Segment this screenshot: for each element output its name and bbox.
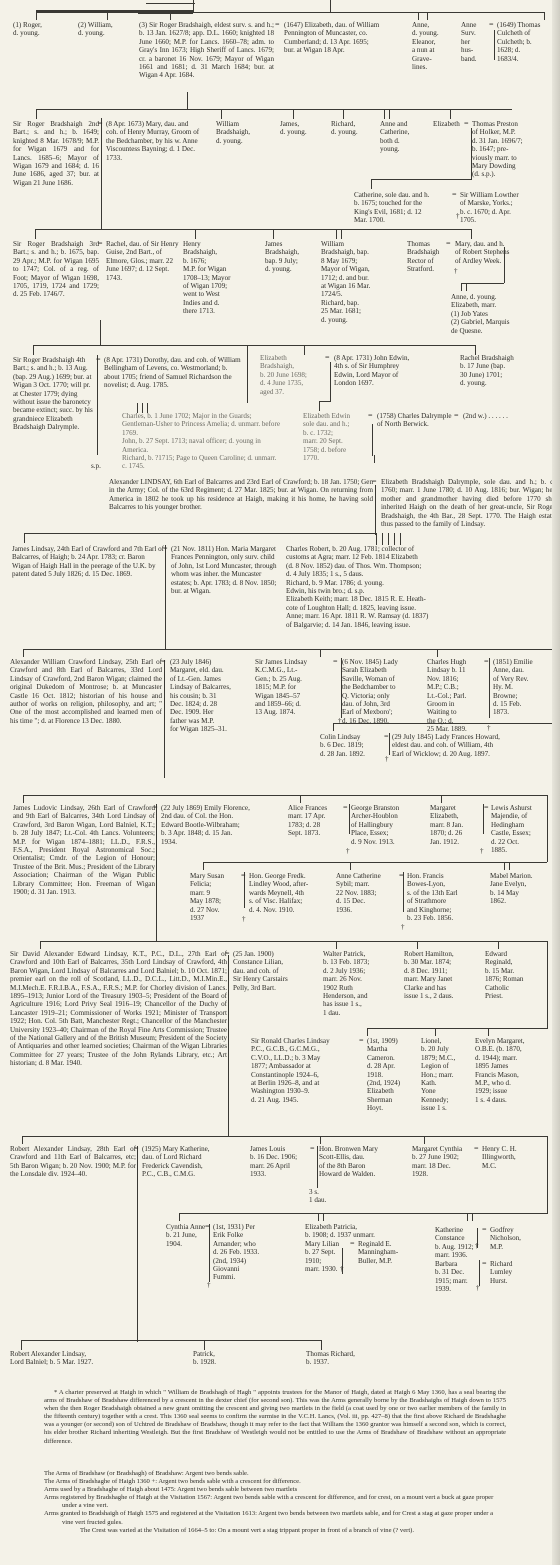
gen2-drop-anne-cath-a [384, 109, 385, 119]
person-james: James, d. young. [280, 120, 330, 137]
gen4-box-right [247, 345, 248, 403]
gen10-lower-drop-elizabeth-a [318, 1213, 319, 1221]
gen6-sibling-drops [376, 533, 377, 545]
marriage-sign: = [482, 1260, 487, 1268]
dagger-extinct: † [242, 916, 246, 923]
spouse-george-wood: Hon. George Fredk. Lindley Wood, after- … [249, 872, 339, 914]
marriage-drop-sir-roger-4 [97, 355, 98, 455]
person-margaret-elizabeth: Margaret Elizabeth, marr. 8 Jan. 1870; d… [430, 804, 490, 846]
marriage-drop-gen3 [100, 320, 101, 346]
gen8-drop-margaret [441, 795, 442, 803]
arms-bradshaghe-1360: The Arms of Bradshaghe of Haigh 1360 +: … [44, 1478, 506, 1486]
gen11-drop-thomas [321, 1340, 322, 1350]
person-edward-reginald: Edward Reginald, b. 15 Mar. 1876; Roman … [485, 950, 555, 1000]
gen9-drop-edward [498, 941, 499, 949]
person-sir-james-lindsay: Sir James Lindsay K.C.M.G., Lt.- Gen.; b… [255, 658, 337, 717]
catherine-drop [371, 179, 372, 189]
person-margaret-cynthia: Margaret Cynthia b. 27 June 1902; marr. … [412, 1145, 482, 1179]
spouse-constance-pelly: (25 Jan. 1900) Constance Lilian, dau. an… [233, 950, 317, 992]
gen3-drop-sir-roger [35, 229, 36, 239]
person-brothers-charles-john-richard: Charles, b. 1 June 1702; Major in the Gu… [122, 412, 282, 471]
pedigree-page: (1) Roger, d. young. (2) William, d. you… [0, 0, 560, 1565]
proper-gen1-right [138, 13, 193, 14]
gen4-drop-sir-roger [33, 345, 34, 355]
marriage-line-gen5 [375, 485, 376, 535]
marriage-sign: = [275, 21, 280, 29]
dagger-extinct: † [454, 268, 458, 275]
gen9-drop-walter [336, 941, 337, 949]
marriage-drop-gen6 [165, 545, 166, 650]
marriage-sign: = [489, 21, 494, 29]
person-james-lindsay-24th-earl: James Lindsay, 24th Earl of Crawford and… [12, 545, 164, 579]
crest-visitation-1664: The Crest was varied at the Visitation o… [44, 1527, 506, 1535]
marriage-line-charles-emilie [489, 658, 490, 718]
arms-bradshaghe-1475: Arms used by a Bradshaghe of Haigh about… [44, 1486, 506, 1494]
spouse-rachel-guise: Rachel, dau. of Sir Henry Guise, 2nd Bar… [106, 240, 182, 282]
marriage-drop-gen1 [187, 92, 188, 110]
edwin-child-bar [319, 401, 330, 402]
person-alice-frances: Alice Frances marr. 17 Apr. 1783; d. 28 … [288, 804, 348, 838]
gen9-drop-david [40, 941, 41, 949]
gen2-drop-anne-cath-b [389, 109, 390, 119]
person-anne-culcheth: Anne Surv. her hus- band. [461, 21, 491, 63]
marriage-sign: = [359, 1037, 364, 1045]
gen6-drop-james [24, 533, 25, 543]
marriage-drop-gen2 [101, 118, 102, 230]
spouse-george-archer-houblon: George Branston Archer-Houblon of Hallin… [351, 804, 431, 846]
dagger-extinct: † [338, 718, 342, 725]
spouse-mary-murray: (8 Apr. 1673) Mary, dau. and coh. of Hen… [106, 120, 202, 162]
colin-drop [333, 723, 334, 731]
gen7-drop-alexander [23, 649, 24, 657]
gen6-sibling-drop-2 [382, 533, 383, 545]
gen9-drop-robert [417, 941, 418, 949]
gen8-bar [23, 795, 547, 796]
marriage-drop-gen9 [228, 955, 229, 1137]
marriage-sign: = [482, 1226, 487, 1234]
marriage-sign: = [163, 545, 168, 553]
person-siblings-charles-robert-etc: Charles Robert, b. 20 Aug. 1781; collect… [286, 545, 556, 629]
gen2-drop-james [293, 109, 294, 119]
dagger-extinct: † [475, 1243, 479, 1250]
person-patrick: Patrick, b. 1928. [193, 1350, 253, 1367]
gen3-drop-william-a [336, 229, 337, 239]
marriage-sign: = [384, 733, 389, 741]
gen2-drop-elizabeth [450, 109, 451, 119]
gen10-lower-drop-katherine-a [467, 1213, 468, 1221]
person-henry-bradshaigh: Henry Bradshaigh, b. 1676; M.P. for Wiga… [183, 240, 258, 316]
dagger-extinct: † [487, 725, 491, 732]
issue-james-louis: 3 s. 1 dau. [309, 1188, 349, 1205]
person-anne-catherine-sybil: Anne Catherine Sybil; marr. 22 Nov. 1883… [336, 872, 400, 914]
marriage-drop-dalrymple [372, 424, 373, 456]
spouse-godfrey-nicholson: Godfrey Nicholson, M.P. [490, 1226, 555, 1251]
k-g1-up [193, 0, 194, 12]
spouse-thomas-preston: Thomas Preston of Holker, M.P. d. 31 Jan… [472, 120, 560, 179]
person-james-ludovic-26th-earl: James Ludovic Lindsay, 26th Earl of Craw… [13, 804, 155, 896]
gen3-drop-james [273, 229, 274, 239]
person-elizabeth-bradshaigh: Elizabeth Bradshaigh, b. 20 June 1698; d… [260, 354, 322, 396]
gen3-drop-henry [195, 229, 196, 239]
sine-prole: s.p. [91, 462, 111, 470]
gen1-bar-clean-r [146, 3, 193, 4]
dagger-extinct: † [385, 756, 389, 763]
gen10-drop-james [320, 1136, 321, 1144]
marriage-drop-edwin [330, 362, 331, 402]
thomas-child-a [461, 283, 462, 291]
marriage-line-james-bronwen [317, 1146, 318, 1188]
gen8-lower-drop-mary [203, 862, 204, 870]
dagger-extinct: † [346, 848, 350, 855]
spouse-lewis-majendie: Lewis Ashurst Majendie, of Hedingham Cas… [491, 804, 553, 854]
gen10-lower-bar [179, 1213, 547, 1214]
person-sir-ronald-lindsay: Sir Ronald Charles Lindsay P.C., G.C.B.,… [251, 1037, 351, 1104]
gen9-bar [40, 941, 547, 942]
person-lionel: Lionel, b. 20 July 1879; M.C., Legion of… [421, 1037, 481, 1113]
marriage-sign: = [484, 804, 489, 812]
gen10-lower-drop-katherine-b [472, 1213, 473, 1221]
person-sir-roger-1st-bart: (3) Sir Roger Bradshaigh, eldest surv. s… [139, 21, 274, 80]
person-roger: (1) Roger, d. young. [13, 21, 73, 38]
gen11-drop-patrick [204, 1340, 205, 1350]
marriage-sign: = [372, 478, 377, 486]
spouse-sir-william-lowther: Sir William Lowther of Marske, Yorks.; b… [460, 191, 560, 225]
marriage-sign: = [368, 412, 373, 420]
gen1-drop-william [107, 12, 108, 20]
gen6-sibling-drop-5 [400, 533, 401, 545]
gen11-drop-robert [21, 1340, 22, 1350]
person-robert-hamilton: Robert Hamilton, b. 30 Mar. 1874; d. 8 D… [404, 950, 484, 1000]
marriage-sign: = [350, 1240, 355, 1248]
spouse-john-edwin: (8 Apr. 1731) John Edwin, 4th s. of Sir … [334, 354, 444, 388]
person-sir-roger-2nd-bart: Sir Roger Bradshaigh 2nd Bart.; s. and h… [13, 120, 99, 187]
marriage-sign: = [96, 356, 101, 364]
gen3-bar [35, 229, 472, 230]
gen8-drop-james [23, 795, 24, 803]
thomas-children-bar [461, 283, 504, 284]
person-walter-patrick: Walter Patrick, b. 13 Feb. 1873; d. 2 Ju… [323, 950, 398, 1017]
person-sir-roger-3rd-bart: Sir Roger Bradshaigh 3rd Bart.; s. and h… [13, 240, 99, 299]
gen2-bar [36, 109, 512, 110]
person-william: (2) William, d. young. [78, 21, 138, 38]
person-william-bradshaigh: William Bradshaigh, d. young. [216, 120, 274, 145]
gen10-drop-robert [22, 1136, 23, 1144]
gen2-drop-sir-roger [36, 109, 37, 119]
marriage-sign: = [98, 120, 103, 128]
marriage-sign: = [446, 240, 451, 248]
marriage-sign: = [325, 354, 330, 362]
person-sir-david-27th-earl: Sir David Alexander Edward Lindsay, K.T.… [10, 950, 227, 1068]
person-anne-catherine: Anne and Catherine, both d. young. [380, 120, 435, 154]
person-anne-elizabeth: Anne, d. young. Elizabeth, marr. (1) Job… [451, 293, 551, 335]
marriage-sign: = [474, 1145, 479, 1153]
catherine-bar [371, 179, 471, 180]
gen9-lower-drop-lionel [435, 1028, 436, 1036]
spouse-mary-stephens: Mary, dau. and h. of Robert Stephens of … [455, 240, 555, 265]
marriage-sign: = [310, 1145, 315, 1153]
gen9-lower-drop-evelyn [488, 1028, 489, 1036]
marriage-sign: = [484, 658, 489, 666]
person-mabel-jane: Mabel Marion. Jane Evelyn, b. 14 May 186… [490, 872, 556, 906]
person-richard: Richard, d. young. [331, 120, 381, 137]
gen3-drop-thomas [471, 229, 472, 239]
person-alexander-lindsay-6th-earl: Alexander LINDSAY, 6th Earl of Balcarres… [109, 478, 373, 512]
gen2-drop-william [221, 109, 222, 119]
marriage-drop-gen7 [164, 660, 165, 778]
spouse-margaret-lindsay: (23 July 1846) Margaret, eld. dau. of Lt… [170, 658, 252, 734]
dagger-extinct: † [401, 924, 405, 931]
person-william-richard: William Bradshaigh, bap. 8 May 1679; May… [321, 240, 406, 324]
person-james-bradshaigh: James Bradshaigh, bap. 9 July; d. young. [265, 240, 325, 274]
gen1-real-top-wide [36, 12, 544, 13]
marriage-drop-gen5 [374, 455, 375, 463]
spouse-charles-dalrymple: (1758) Charles Dalrymple of North Berwic… [377, 412, 477, 429]
marriage-sign: = [454, 412, 459, 420]
marriage-sign: = [333, 658, 338, 666]
spouse-per-arnander-giovanni-fummi: (1st, 1931) Per Erik Folke Arnander; who… [213, 1223, 293, 1282]
gen1-drop-roger [36, 12, 37, 20]
marriage-sign: = [225, 950, 230, 958]
marriage-sign: = [153, 804, 158, 812]
arms-bradshaw: The Arms of Bradshaw (or Bradshagh) of B… [44, 1470, 506, 1478]
marriage-line-alice [349, 804, 350, 834]
person-elizabeth-bradshaigh-dalrymple: Elizabeth Bradshaigh Dalrymple, sole dau… [381, 478, 555, 528]
page-edge-shadow [552, 0, 560, 1565]
person-robert-alexander-28th-earl: Robert Alexander Lindsay, 28th Earl of C… [10, 1145, 136, 1179]
person-thomas-richard: Thomas Richard, b. 1937. [306, 1350, 386, 1367]
dagger-extinct: † [207, 1282, 211, 1289]
gen1-drop-eleanor [427, 12, 428, 20]
marriage-sign: = [205, 1223, 210, 1231]
marriage-sign: = [98, 240, 103, 248]
footnote-charter: * A charter preserved at Haigh in which … [44, 1389, 506, 1446]
spouse-maria-pennington: (21 Nov. 1811) Hon. Maria Margaret Franc… [171, 545, 281, 595]
gen11-bar [21, 1340, 322, 1341]
spouse-mary-katherine-cavendish: (1925) Mary Katherine, dau. of Lord Rich… [142, 1145, 242, 1179]
person-alexander-william-25th-earl: Alexander William Crawford Lindsay, 25th… [10, 658, 162, 725]
gen9-lower-bar [367, 1028, 547, 1029]
gen2-drop-richard [343, 109, 344, 119]
person-charles-hugh-lindsay: Charles Hugh Lindsay b. 11 Nov. 1816; M.… [427, 658, 487, 734]
marriage-sign: = [241, 872, 246, 880]
marriage-sign: = [134, 1145, 139, 1153]
marriage-sign: = [464, 120, 469, 128]
arms-grant-1575: Arms granted to Bradshaigh of Haigh 1575… [44, 1510, 506, 1526]
person-evelyn-margaret: Evelyn Margaret, O.B.E. (b. 1870, d. 194… [475, 1037, 555, 1104]
gen3-drop-william-b [341, 229, 342, 239]
gen6-sibling-drop-3 [388, 533, 389, 545]
gen1-drop-sir-roger [170, 12, 171, 20]
gen7-drop-james [320, 649, 321, 657]
person-elizabeth-edwin: Elizabeth Edwin sole dau. and h.; b. c. … [303, 412, 369, 462]
marriage-sign: = [343, 804, 348, 812]
arms-visitation-1567: Arms registered by Bradshaghe of Haigh a… [44, 1494, 506, 1510]
spouse-lady-sarah-saville: (6 Nov. 1845) Lady Sarah Elizabeth Savil… [342, 658, 424, 725]
gen10-lower-drop-elizabeth-b [323, 1213, 324, 1221]
spouse-reginald-manningham-buller: Reginald E. Manningham- Buller, M.P. [358, 1240, 428, 1265]
spouse-dorothy-bellingham: (8 Apr. 1731) Dorothy, dau. and coh. of … [104, 356, 244, 390]
dagger-extinct: † [456, 213, 460, 220]
gen10-drop-margaret [424, 1136, 425, 1144]
second-wife: (2nd w.) . . . . . . [463, 412, 553, 420]
gen8-lower-drop-anne [350, 862, 351, 870]
gen8-drop-alice [300, 795, 301, 803]
gen8-lower-bar [203, 862, 547, 863]
spouse-henry-illingworth: Henry C. H. Illingworth, M.C. [482, 1145, 552, 1170]
gen8-lower-drop-mabel-b [509, 862, 510, 870]
spouse-richard-lumley-hurst: Richard Lumley Hurst. [490, 1260, 550, 1285]
gen6-bar [24, 533, 376, 534]
marriage-line-anne [494, 30, 495, 60]
gen6-sibling-drop-4 [394, 533, 395, 545]
marriage-drop-gen10 [137, 1146, 138, 1342]
marriage-sign: = [452, 191, 457, 199]
spouse-martha-elizabeth: (1st, 1909) Martha Cameron. d. 28 Apr. 1… [367, 1037, 423, 1113]
gen7-drop-charles [437, 649, 438, 657]
thomas-child-b [466, 283, 467, 291]
spouse-thomas-culcheth: (1649) Thomas Culcheth of Culcheth; b. 1… [497, 21, 557, 63]
marriage-drop-gen8 [156, 804, 157, 942]
gen1-drop-anne [418, 12, 419, 20]
gen4-box-top [97, 345, 247, 346]
person-anne-eleanor: Anne, d. young. Eleanor, a nun at Grave-… [412, 21, 464, 71]
spouse-elizabeth-pennington: (1647) Elizabeth, dau. of William Pennin… [284, 21, 381, 55]
person-catherine: Catherine, sole dau. and h. b. 1675; tou… [354, 191, 454, 225]
spouse-lady-frances-howard: (29 July 1845) Lady Frances Howard, elde… [392, 733, 554, 758]
arms-list: The Arms of Bradshaw (or Bradshagh) of B… [44, 1470, 506, 1535]
spouse-emilie-browne: (1851) Emilie Anne, dau. of Very Rev. Hy… [493, 658, 553, 717]
dagger-extinct: † [476, 1285, 480, 1292]
gen1-parent-top [330, 0, 331, 12]
person-rachel-bradshaigh: Rachel Bradshaigh b. 17 June (bap. 30 Ju… [460, 354, 555, 388]
gen8-lower-drop-mabel-a [504, 862, 505, 870]
person-colin-lindsay: Colin Lindsay b. 6 Dec. 1819; d. 28 Jan.… [320, 733, 392, 758]
edwin-child-drop [319, 401, 320, 411]
dagger-extinct: † [480, 848, 484, 855]
gen9-lower-left [367, 1028, 368, 1036]
gen7-bar [23, 649, 555, 650]
spouse-bronwen-scott-ellis: Hon. Bronwen Mary Scott-Ellis, dau. of t… [319, 1145, 419, 1179]
spouse-emily-florence: (22 July 1869) Emily Florence, 2nd dau. … [161, 804, 291, 846]
person-james-louis: James Louis b. 16 Dec. 1906; marr. 26 Ap… [250, 1145, 316, 1179]
spouse-francis-bowes-lyon: Hon. Francis Bowes-Lyon, s. of the 13th … [407, 872, 502, 922]
person-sir-roger-4th-bart: Sir Roger Bradshaigh 4th Bart.; s. and h… [13, 356, 97, 432]
dagger-extinct: † [340, 1266, 344, 1273]
person-mary-susan-felicia: Mary Susan Felicia; marr. 9 May 1878; d.… [190, 872, 245, 922]
gen1-drop-anne-right [544, 12, 545, 20]
gen10-lower-drop-cynthia [179, 1213, 180, 1221]
gen10-bar [22, 1136, 547, 1137]
marriage-sign: = [399, 872, 404, 880]
marriage-sign: = [161, 658, 166, 666]
person-robert-alexander-lord-balniel: Robert Alexander Lindsay, Lord Balniel; … [10, 1350, 150, 1367]
